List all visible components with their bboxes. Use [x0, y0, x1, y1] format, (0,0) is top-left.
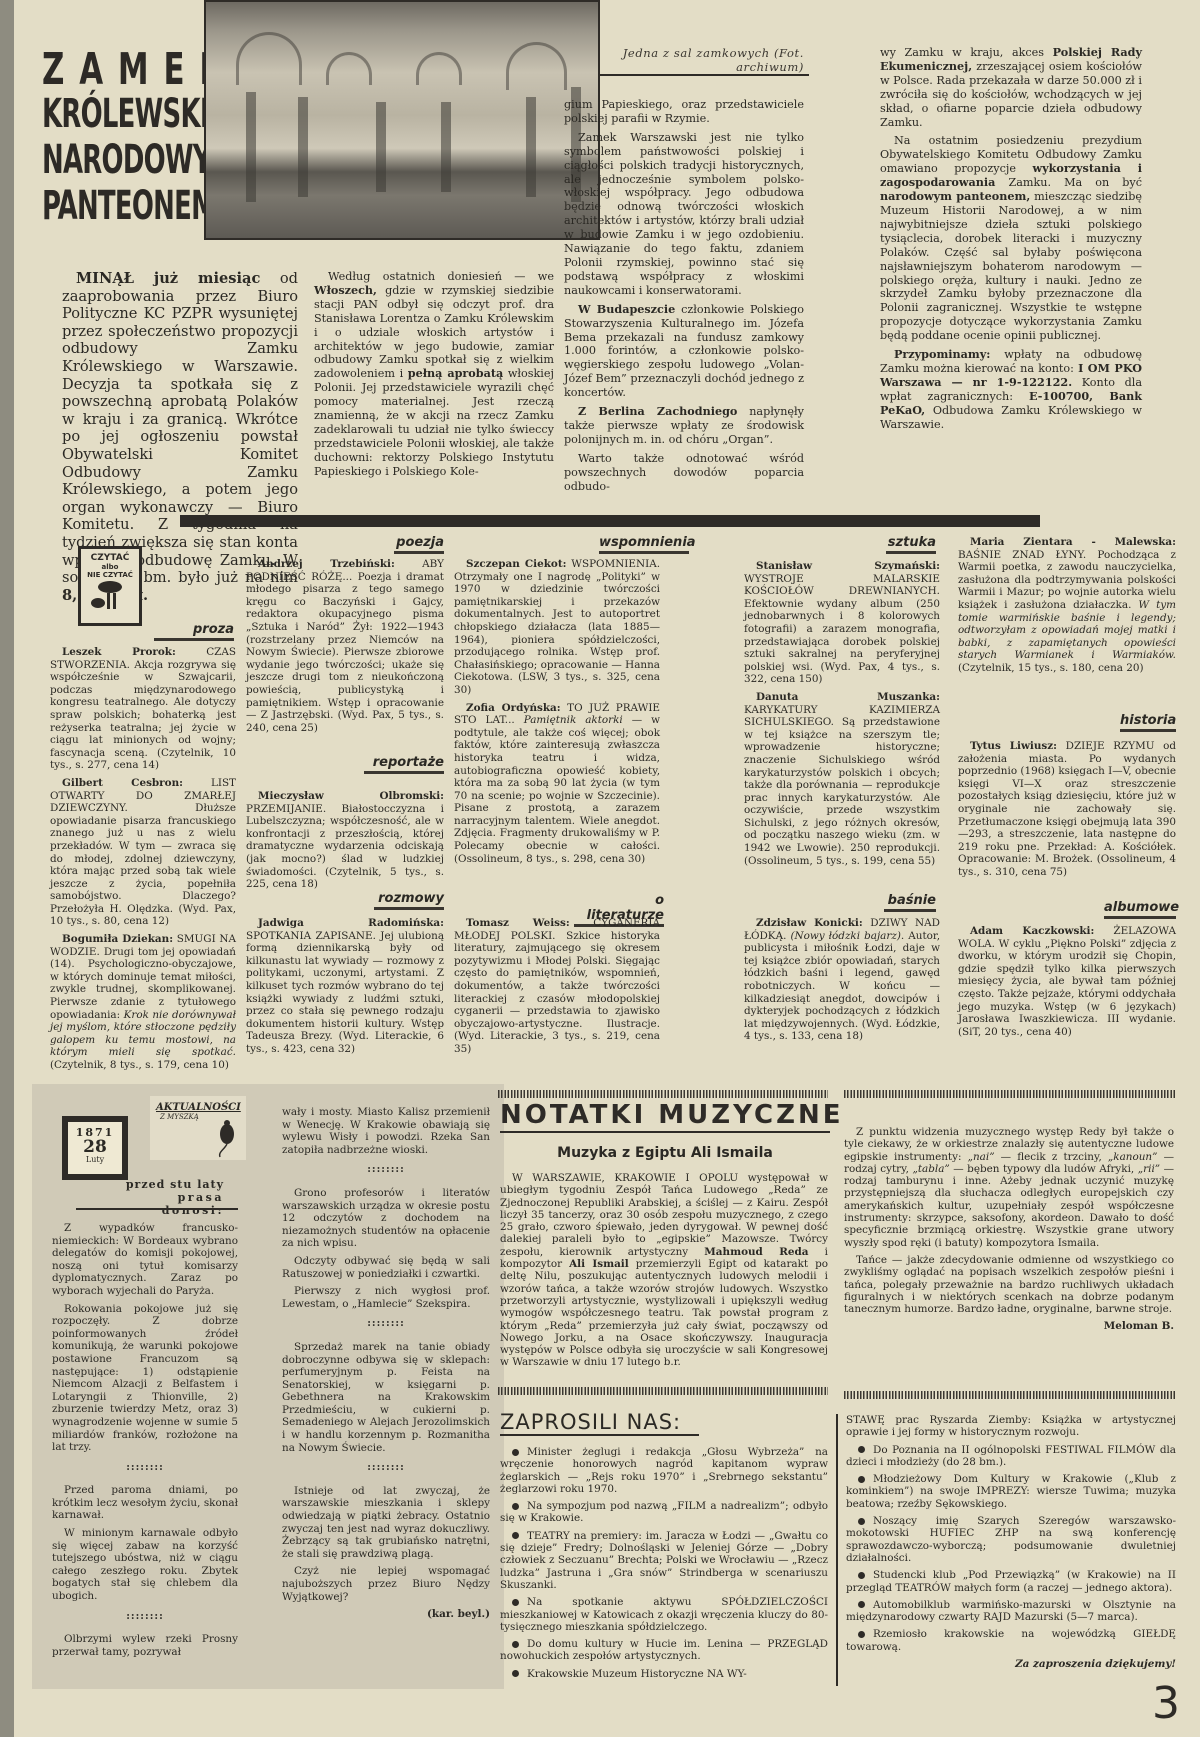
text: — rodzaj tamburynu i inne. Ażeby jednak … [844, 1163, 1174, 1249]
review-author: Leszek Prorok: [62, 646, 176, 658]
headline-line-1: ZAMEK [42, 48, 175, 94]
logo-line-2: albo [81, 563, 139, 571]
review-item: Tytus Liwiusz: DZIEJE RZYMU od założenia… [958, 740, 1176, 879]
separator: :::::::: [282, 1318, 490, 1331]
review-item: Leszek Prorok: CZAS STWORZENIA. Akcja ro… [50, 646, 236, 772]
headline-line-2: KRÓLEWSKI [42, 94, 164, 140]
bullet-icon [512, 1641, 519, 1648]
section-tag-historia: historia [1120, 713, 1176, 732]
bullet-icon [512, 1599, 519, 1606]
review-author: Zdzisław Konicki: [756, 917, 863, 929]
news-item: Istnieje od lat zwyczaj, że warszawskie … [282, 1485, 490, 1561]
text-bold: W Budapeszcie [578, 302, 675, 316]
invitation-text: Studencki klub „Pod Przewiązką” (w Krako… [846, 1569, 1176, 1593]
news-item: Odczyty odbywać się będą w sali Ratuszow… [282, 1255, 490, 1280]
section-tag-basnie: baśnie [884, 893, 936, 912]
separator: :::::::: [282, 1462, 490, 1475]
header-line-2: prasa donosi: [114, 1191, 224, 1217]
mouse-icon [216, 1118, 238, 1158]
bullet-icon [858, 1476, 865, 1483]
zaprosili-column-1: Minister żeglugi i redakcja „Głosu Wybrz… [500, 1446, 828, 1685]
news-item: Olbrzymi wylew rzeki Prosny przerwał tam… [52, 1633, 238, 1658]
invitation-text: TEATRY na premiery: im. Jaracza w Łodzi … [500, 1530, 828, 1591]
photo-caption: Jedna z sal zamkowych (Fot. archiwum) [554, 46, 804, 74]
invitation-item: Rzemiosło krakowskie na wojewódzką GIEŁD… [846, 1628, 1176, 1653]
text: — flecik z trzciny, [995, 1151, 1108, 1163]
date-stamp: 1871 28 Luty [62, 1116, 128, 1180]
review-body: Szkice historyka literatury, zajmującego… [454, 930, 660, 1055]
invitation-text: Rzemiosło krakowskie na wojewódzką GIEŁD… [846, 1628, 1176, 1652]
logo-title: AKTUALNOŚCI [156, 1102, 246, 1113]
aktualnosci-column-2: wały i mosty. Miasto Kalisz przemienił w… [282, 1106, 490, 1621]
books-column-b1: Andrzej Trzebiński: ABY PODNIEŚĆ RÓŻĘ...… [246, 558, 444, 739]
review-title: WYSTROJE MALARSKIE KOŚCIOŁÓW DREWNIANYCH… [744, 573, 940, 598]
review-title: DZIEJE RZYMU [1066, 740, 1155, 752]
zaprosili-title: ZAPROSILI NAS: [500, 1410, 699, 1436]
article-column-2: Według ostatnich doniesień — we Włoszech… [314, 270, 554, 484]
review-author: Maria Zientara - Malewska: [970, 536, 1176, 548]
books-column-d2: Zdzisław Konicki: DZIWY NAD ŁÓDKĄ. (Nowy… [744, 917, 940, 1048]
bullet-icon [512, 1503, 519, 1510]
invitation-text: Do Poznania na II ogólnopolski FESTIWAL … [846, 1444, 1176, 1468]
date-month: Luty [68, 1155, 122, 1164]
invitation-continuation: STAWĘ prac Ryszarda Ziemby: Książka w ar… [846, 1414, 1176, 1439]
text-bold: Z Berlina Zachodniego [578, 404, 737, 418]
paragraph: Tańce — jakże zdecydowanie odmienne od w… [844, 1254, 1174, 1315]
books-column-e3: Adam Kaczkowski: ŻELAZOWA WOLA. W cyklu … [958, 925, 1176, 1043]
notatki-column-2: Z punktu widzenia muzycznego występ Redy… [844, 1102, 1174, 1333]
hatch-rule-bottom-right [844, 1391, 1176, 1399]
review-author: Adam Kaczkowski: [970, 925, 1094, 937]
books-column-b2: Mieczysław Olbromski: PRZEMIJANIE. Biało… [246, 790, 444, 896]
notatki-column-1: W WARSZAWIE, KRAKOWIE I OPOLU występował… [500, 1172, 828, 1374]
review-title: BAŚNIE ZNAD ŁYNY. [958, 549, 1086, 561]
news-item: Przed paroma dniami, po krótkim lecz wes… [52, 1484, 238, 1522]
instrument-name: „kanoun” [1108, 1151, 1158, 1163]
section-tag-rozmowy: rozmowy [374, 891, 444, 910]
review-author: Zofia Ordyńska: [466, 702, 561, 714]
signature: Meloman B. [844, 1320, 1174, 1332]
text: — bęben typowy dla ludów Afryki, [950, 1163, 1138, 1175]
news-item: wały i mosty. Miasto Kalisz przemienił w… [282, 1106, 490, 1156]
text: mieszcząc siedzibę Muzeum Historii Narod… [880, 190, 1142, 342]
text: wy Zamku w kraju, akces [880, 46, 1053, 59]
article-headline: ZAMEK KRÓLEWSKI NARODOWYM PANTEONEM [42, 48, 212, 232]
review-body: od założenia miasta. Po wydanych poprzed… [958, 740, 1176, 878]
books-column-e2: Tytus Liwiusz: DZIEJE RZYMU od założenia… [958, 740, 1176, 884]
news-item: Z wypadków francusko-niemieckich: W Bord… [52, 1222, 238, 1298]
review-author: Gilbert Cesbron: [62, 777, 183, 789]
review-author: Szczepan Ciekot: [466, 558, 566, 570]
review-body: Jej ulubioną formą dziennikarską były od… [246, 930, 444, 1055]
review-title: WSPOMNIENIA. [571, 558, 660, 570]
section-tag-proza: proza [154, 622, 234, 641]
invitation-item: Minister żeglugi i redakcja „Głosu Wybrz… [500, 1446, 828, 1495]
news-item: W minionym karnawale odbyło się więcej z… [52, 1527, 238, 1603]
invitation-item: Automobilklub warmińsko-mazurski w Olszt… [846, 1599, 1176, 1624]
books-column-c1: Szczepan Ciekot: WSPOMNIENIA. Otrzymały … [454, 558, 660, 870]
invitation-item: Do domu kultury w Hucie im. Lenina — PRZ… [500, 1638, 828, 1663]
section-tag-albumowe: albumowe [1104, 900, 1176, 919]
review-item: Bogumiła Dziekan: SMUGI NA WODZIE. Drugi… [50, 933, 236, 1072]
review-item: Gilbert Cesbron: LIST OTWARTY DO ZMARŁEJ… [50, 777, 236, 928]
review-item: Danuta Muszanka: KARYKATURY KAZIMIERZA S… [744, 691, 940, 867]
review-author: Andrzej Trzebiński: [258, 558, 395, 570]
section-tag-wspomnienia: wspomnienia [599, 535, 689, 554]
review-body: Otrzymały one I nagrodę „Polityki” w 197… [454, 571, 660, 696]
invitation-text: Krakowskie Muzeum Historyczne NA WY- [527, 1668, 747, 1680]
notatki-muzyczne-title: NOTATKI MUZYCZNE [500, 1100, 843, 1130]
header-line-1: przed stu laty [114, 1178, 224, 1191]
header-rule [76, 1208, 238, 1210]
news-item: Czyż nie lepiej wspomagać najuboższych p… [282, 1565, 490, 1603]
news-item: Pierwszy z nich wygłosi prof. Lewestam, … [282, 1285, 490, 1310]
review-item: Jadwiga Radomińska: SPOTKANIA ZAPISANE. … [246, 917, 444, 1056]
page-number: 3 [1152, 1678, 1180, 1729]
title-rule [500, 1131, 830, 1133]
review-body: Efektownie wydany album (250 jednobarwny… [744, 598, 940, 686]
castle-hall-photo [204, 0, 600, 240]
review-body: Są przedstawione w tej książce na szersz… [744, 716, 940, 867]
czytac-albo-nie-czytac-logo: CZYTAĆ albo NIE CZYTAĆ [78, 546, 142, 626]
bullet-icon [858, 1446, 865, 1453]
lead-bold: MINĄŁ już miesiąc [76, 270, 260, 287]
review-body: W cyklu „Piękno Polski” zdjęcia z dworku… [958, 938, 1176, 1038]
paragraph: gium Papieskiego, oraz przedstawiciele p… [564, 98, 804, 126]
review-author: Tomasz Weiss: [466, 917, 570, 929]
invitation-item: Młodzieżowy Dom Kultury w Krakowie („Klu… [846, 1473, 1176, 1510]
instrument-name: „tabla” [912, 1163, 949, 1175]
invitation-item: Do Poznania na II ogólnopolski FESTIWAL … [846, 1444, 1176, 1469]
paragraph: Warto także odnotować wśród powszechnych… [564, 452, 804, 494]
bullet-icon [858, 1572, 865, 1579]
review-item: Adam Kaczkowski: ŻELAZOWA WOLA. W cyklu … [958, 925, 1176, 1038]
review-author: Stanisław Szymański: [756, 560, 940, 572]
bullet-icon [858, 1601, 865, 1608]
separator: :::::::: [52, 1462, 238, 1475]
text: włoskiej Polonii. Jej przedstawiciele wy… [314, 367, 554, 477]
books-column-e1: Maria Zientara - Malewska: BAŚNIE ZNAD Ł… [958, 536, 1176, 680]
separator: :::::::: [52, 1611, 238, 1624]
article-column-3: gium Papieskiego, oraz przedstawiciele p… [564, 98, 804, 498]
headline-line-3: NARODOWYM [42, 140, 164, 186]
books-column-c2: Tomasz Weiss: CYGANERIA MŁODEJ POLSKI. S… [454, 917, 660, 1061]
invitation-text: Na sympozjum pod nazwą „FILM a nadrealiz… [500, 1500, 828, 1524]
review-item: Andrzej Trzebiński: ABY PODNIEŚĆ RÓŻĘ...… [246, 558, 444, 734]
review-body: Białostocczyzna i Lubelszczyzna; współcz… [246, 803, 444, 891]
bullet-icon [512, 1449, 519, 1456]
text: przemierzyli Egipt od katarakt po deltę … [500, 1258, 828, 1368]
bullet-icon [858, 1631, 865, 1638]
review-body: Poezja i dramat młodego pisarza z tego s… [246, 571, 444, 734]
section-tag-poezja: poezja [394, 535, 444, 554]
hatch-rule-bottom-left [498, 1387, 828, 1395]
text: Według ostatnich doniesień — we [328, 270, 554, 283]
review-body: — w podtytule, ale także coś więcej; obo… [454, 714, 660, 865]
text-bold: Ali Ismail [569, 1258, 629, 1270]
aktualnosci-logo: AKTUALNOŚCI Z MYSZKĄ [150, 1096, 246, 1160]
review-title: SPOTKANIA ZAPISANE. [246, 930, 376, 942]
review-tail: (Czytelnik, 15 tys., s. 180, cena 20) [958, 662, 1144, 674]
news-item: Rokowania pokojowe już się rozpoczęły. Z… [52, 1303, 238, 1454]
review-quote: (Nowy łódzki bajarz). [790, 930, 904, 942]
review-item: Zdzisław Konicki: DZIWY NAD ŁÓDKĄ. (Nowy… [744, 917, 940, 1043]
review-item: Tomasz Weiss: CYGANERIA MŁODEJ POLSKI. S… [454, 917, 660, 1056]
text-bold: Włoszech, [314, 283, 377, 297]
review-item: Maria Zientara - Malewska: BAŚNIE ZNAD Ł… [958, 536, 1176, 675]
signature: (kar. beyl.) [282, 1608, 490, 1621]
review-item: Szczepan Ciekot: WSPOMNIENIA. Otrzymały … [454, 558, 660, 697]
text: Zamku. Ma on być [995, 176, 1142, 189]
books-column-a: Leszek Prorok: CZAS STWORZENIA. Akcja ro… [50, 646, 236, 1077]
caption-rule [599, 74, 809, 76]
aktualnosci-header: przed stu laty prasa donosi: [114, 1178, 224, 1217]
invitation-item: Krakowskie Muzeum Historyczne NA WY- [500, 1668, 828, 1680]
article-column-4: wy Zamku w kraju, akces Polskiej Rady Ek… [880, 46, 1142, 436]
review-body: Autor, publicysta i miłośnik Łodzi, daje… [744, 930, 940, 1043]
invitation-item: Studencki klub „Pod Przewiązką” (w Krako… [846, 1569, 1176, 1594]
invitation-item: Na spotkanie aktywu SPÓŁDZIELCZOŚCI mies… [500, 1596, 828, 1633]
invitation-text: Automobilklub warmińsko-mazurski w Olszt… [846, 1599, 1176, 1623]
review-tail: (Czytelnik, 8 tys., s. 179, cena 10) [50, 1059, 229, 1071]
text-bold: pełną aprobatą [408, 366, 503, 380]
logo-line-1: CZYTAĆ [81, 553, 139, 563]
review-quote: Pamiętnik aktorki [524, 714, 623, 726]
review-body: Dłuższe opowiadanie pisarza francuskiego… [50, 802, 236, 927]
review-item: Stanisław Szymański: WYSTROJE MALARSKIE … [744, 560, 940, 686]
aktualnosci-column-1: Z wypadków francusko-niemieckich: W Bord… [52, 1222, 238, 1663]
invitation-item: Noszący imię Szarych Szeregów warszawsko… [846, 1515, 1176, 1564]
review-author: Jadwiga Radomińska: [258, 917, 444, 929]
review-body: Akcja rozgrywa się współcześnie w Szwajc… [50, 659, 236, 772]
logo-line-3: NIE CZYTAĆ [81, 571, 139, 579]
invitation-item: TEATRY na premiery: im. Jaracza w Łodzi … [500, 1530, 828, 1591]
bullet-icon [512, 1532, 519, 1539]
page-spine-edge [0, 0, 14, 1737]
invitation-item: Na sympozjum pod nazwą „FILM a nadrealiz… [500, 1500, 828, 1525]
news-item: Sprzedaż marek na tanie obiady dobroczyn… [282, 1341, 490, 1454]
text: członkowie Polskiego Stowarzyszenia Kult… [564, 303, 804, 399]
zaprosili-column-2: STAWĘ prac Ryszarda Ziemby: Książka w ar… [846, 1414, 1176, 1670]
books-column-d1: Stanisław Szymański: WYSTROJE MALARSKIE … [744, 560, 940, 872]
zaprosili-header: ZAPROSILI NAS: [500, 1410, 699, 1436]
invitation-text: Minister żeglugi i redakcja „Głosu Wybrz… [500, 1446, 828, 1495]
invitation-text: Noszący imię Szarych Szeregów warszawsko… [846, 1515, 1176, 1564]
review-item: Zofia Ordyńska: TO JUŻ PRAWIE STO LAT...… [454, 702, 660, 866]
reader-figure-icon [90, 579, 130, 611]
notatki-subtitle: Muzyka z Egiptu Ali Ismaila [500, 1145, 830, 1161]
instrument-name: „rii” [1138, 1163, 1160, 1175]
books-column-b3: Jadwiga Radomińska: SPOTKANIA ZAPISANE. … [246, 917, 444, 1061]
newspaper-page: ZAMEK KRÓLEWSKI NARODOWYM PANTEONEM Jedn… [14, 0, 1200, 1737]
section-divider [180, 515, 1040, 527]
text-bold: Przypominamy: [894, 347, 990, 361]
section-tag-reportaze: reportaże [364, 755, 444, 774]
text-bold: Mahmoud Reda [704, 1246, 808, 1258]
invitation-text: Do domu kultury w Hucie im. Lenina — PRZ… [500, 1638, 828, 1662]
text-bold: narodowym panteonem, [880, 189, 1030, 203]
separator: :::::::: [282, 1164, 490, 1177]
review-author: Mieczysław Olbromski: [258, 790, 444, 802]
instrument-name: „nai” [968, 1151, 995, 1163]
closing-note: Za zaproszenia dziękujemy! [846, 1658, 1176, 1670]
review-title: PRZEMIJANIE. [246, 803, 326, 815]
section-tag-sztuka: sztuka [886, 535, 936, 554]
headline-line-4: PANTEONEM [42, 186, 164, 232]
news-item: Grono profesorów i literatów warszawskic… [282, 1187, 490, 1250]
bullet-icon [858, 1518, 865, 1525]
bullet-icon [512, 1670, 519, 1677]
lead-text: od zaaprobowania przez Biuro Polityczne … [62, 270, 298, 586]
invitation-text: Młodzieżowy Dom Kultury w Krakowie („Klu… [846, 1473, 1176, 1510]
review-author: Bogumiła Dziekan: [62, 933, 173, 945]
column-divider [836, 1414, 838, 1686]
review-author: Tytus Liwiusz: [970, 740, 1057, 752]
invitation-text: Na spotkanie aktywu SPÓŁDZIELCZOŚCI mies… [500, 1596, 828, 1633]
date-day: 28 [68, 1139, 122, 1155]
paragraph: Zamek Warszawski jest nie tylko symbolem… [564, 131, 804, 298]
hatch-rule-top-right [844, 1090, 1176, 1098]
hatch-rule-top-left [498, 1090, 828, 1098]
review-author: Danuta Muszanka: [756, 691, 940, 703]
review-item: Mieczysław Olbromski: PRZEMIJANIE. Biało… [246, 790, 444, 891]
